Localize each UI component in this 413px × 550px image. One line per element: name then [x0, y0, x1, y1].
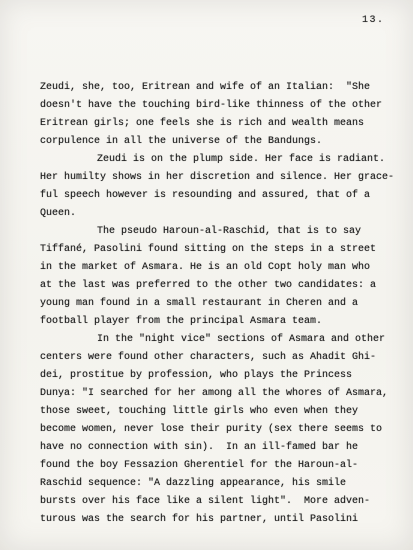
text-line: corpulence in all the universe of the Ba…	[40, 133, 400, 151]
scanned-document-page: 13. Zeudi, she, too, Eritrean and wife o…	[0, 0, 413, 550]
text-line: at the last was preferred to the other t…	[40, 277, 400, 295]
text-line: Tiffané, Pasolini found sitting on the s…	[40, 241, 400, 259]
text-line: Eritrean girls; one feels she is rich an…	[40, 115, 400, 133]
text-line: in the market of Asmara. He is an old Co…	[40, 259, 400, 277]
text-line: have no connection with sin). In an ill-…	[40, 439, 400, 457]
text-line: Raschid sequence: "A dazzling appearance…	[40, 475, 400, 493]
text-line: dei, prostitue by profession, who plays …	[40, 367, 400, 385]
text-line: ful speech however is resounding and ass…	[40, 187, 400, 205]
text-block: Zeudi, she, too, Eritrean and wife of an…	[40, 79, 400, 529]
text-line: turous was the search for his partner, u…	[40, 511, 400, 529]
text-line: found the boy Fessazion Gherentiel for t…	[40, 457, 400, 475]
text-line: young man found in a small restaurant in…	[40, 295, 400, 313]
text-line: become women, never lose their purity (s…	[40, 421, 400, 439]
text-line: football player from the principal Asmar…	[40, 313, 400, 331]
text-line: Dunya: "I searched for her among all the…	[40, 385, 400, 403]
text-line: centers were found other characters, suc…	[40, 349, 400, 367]
page-number: 13.	[362, 15, 385, 26]
text-line: those sweet, touching little girls who e…	[40, 403, 400, 421]
text-line: bursts over his face like a silent light…	[40, 493, 400, 511]
text-line: doesn't have the touching bird-like thin…	[40, 97, 400, 115]
text-line: Queen.	[40, 205, 400, 223]
text-line: The pseudo Haroun-al-Raschid, that is to…	[40, 223, 400, 241]
text-line: Zeudi, she, too, Eritrean and wife of an…	[40, 79, 400, 97]
text-line: Zeudi is on the plump side. Her face is …	[40, 151, 400, 169]
text-line: In the "night vice" sections of Asmara a…	[40, 331, 400, 349]
text-line: Her humilty shows in her discretion and …	[40, 169, 400, 187]
